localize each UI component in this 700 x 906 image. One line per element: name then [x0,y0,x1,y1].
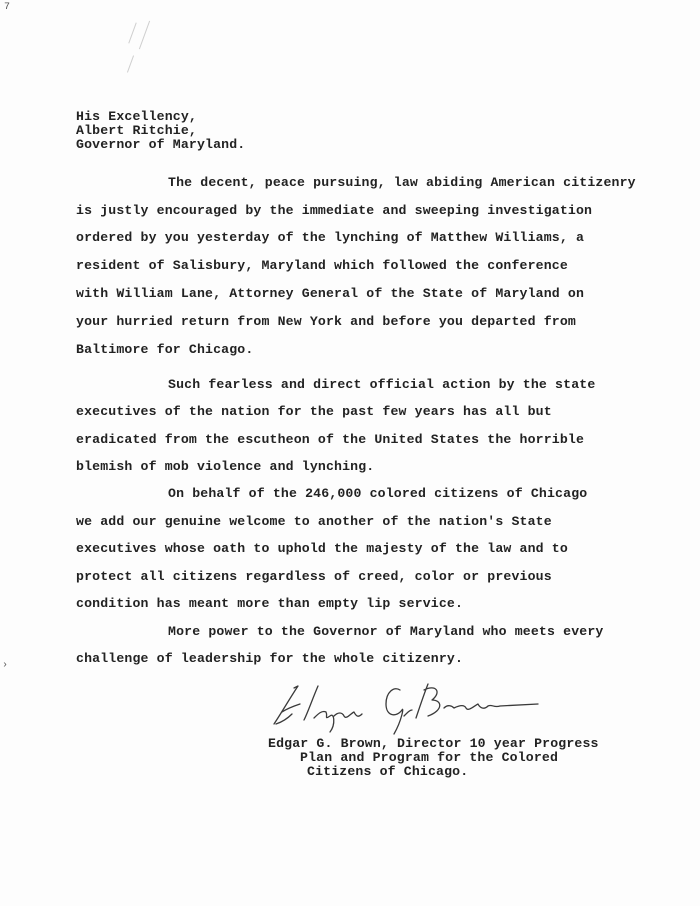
body-line: executives of the nation for the past fe… [76,405,552,418]
body-line: challenge of leadership for the whole ci… [76,652,463,665]
signature-line: Edgar G. Brown, Director 10 year Progres… [268,737,599,750]
body-line: eradicated from the escutheon of the Uni… [76,433,584,446]
body-line: resident of Salisbury, Maryland which fo… [76,259,568,272]
body-line: On behalf of the 246,000 colored citizen… [168,487,587,500]
body-line: is justly encouraged by the immediate an… [76,204,592,217]
body-line: your hurried return from New York and be… [76,315,576,328]
body-line: we add our genuine welcome to another of… [76,515,552,528]
address-line: His Excellency, [76,110,197,123]
body-line: condition has meant more than empty lip … [76,597,463,610]
body-line: blemish of mob violence and lynching. [76,460,374,473]
address-line: Governor of Maryland. [76,138,245,151]
signature-line: Citizens of Chicago. [307,765,468,778]
corner-mark: 7 [4,2,10,13]
body-line: More power to the Governor of Maryland w… [168,625,603,638]
body-line: Baltimore for Chicago. [76,343,253,356]
body-line: ordered by you yesterday of the lynching… [76,231,584,244]
stray-mark [127,55,134,72]
letter-page: 7 › His Excellency, Albert Ritchie, Gove… [0,0,700,906]
signature-line: Plan and Program for the Colored [300,751,558,764]
body-line: protect all citizens regardless of creed… [76,570,552,583]
body-line: The decent, peace pursuing, law abiding … [168,176,636,189]
body-line: with William Lane, Attorney General of t… [76,287,584,300]
address-line: Albert Ritchie, [76,124,197,137]
margin-mark: › [2,660,8,671]
body-line: Such fearless and direct official action… [168,378,595,391]
stray-mark [128,22,136,43]
handwritten-signature [268,676,548,736]
stray-mark [139,21,150,50]
body-line: executives whose oath to uphold the maje… [76,542,568,555]
